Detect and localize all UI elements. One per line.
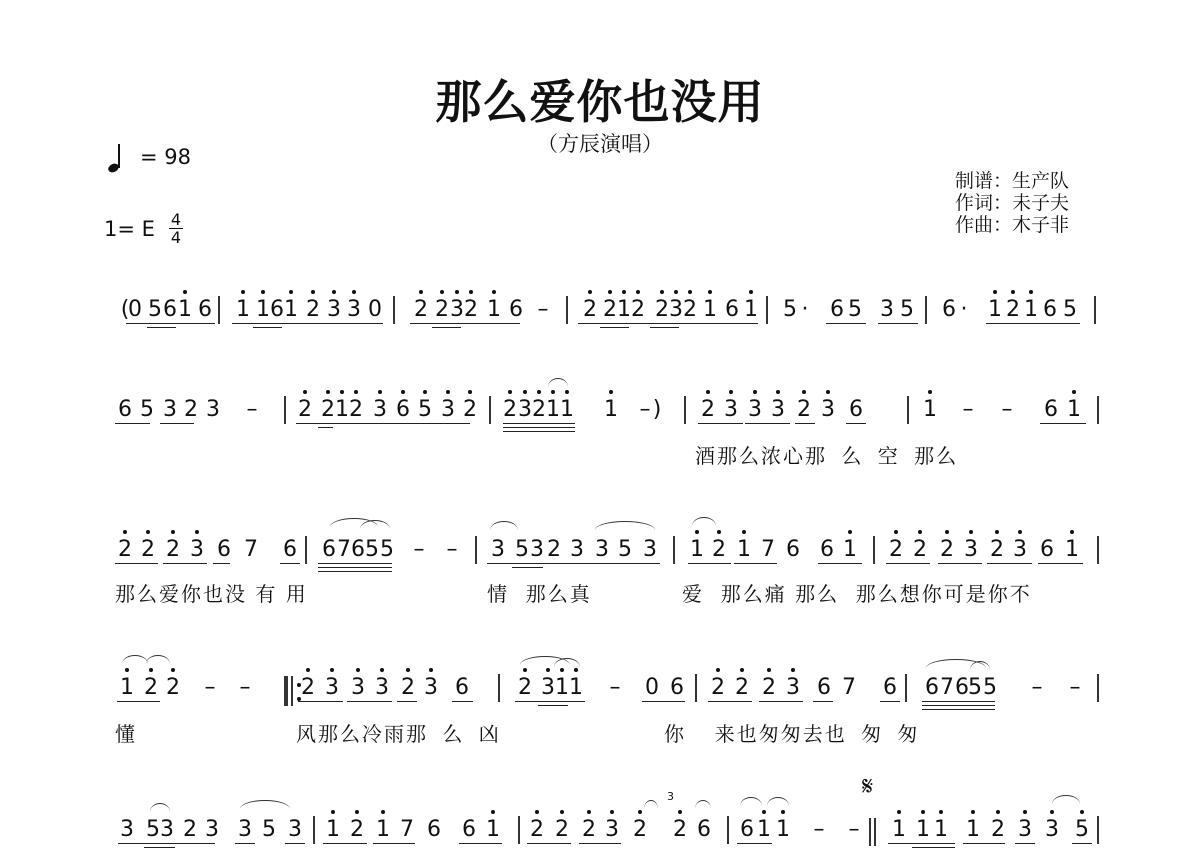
underline-beam bbox=[452, 701, 473, 702]
underline-beam bbox=[503, 423, 575, 424]
note: 2 bbox=[988, 538, 1006, 562]
tempo-marking: = 98 bbox=[108, 142, 191, 172]
underline-beam bbox=[737, 843, 772, 844]
note: 2 bbox=[681, 298, 699, 322]
underline-beam bbox=[578, 323, 758, 324]
barline bbox=[305, 536, 307, 564]
slur-tie bbox=[767, 797, 789, 806]
note: 5 bbox=[378, 538, 396, 562]
underline-beam bbox=[527, 843, 571, 844]
underline-beam bbox=[318, 427, 333, 428]
underline-beam bbox=[232, 323, 383, 324]
note: ) bbox=[648, 398, 666, 422]
note: 1 bbox=[1063, 538, 1081, 562]
note: 2 bbox=[733, 676, 751, 700]
note: 1 bbox=[484, 818, 502, 842]
underline-beam bbox=[318, 563, 392, 564]
underline-beam bbox=[503, 431, 575, 432]
underline-beam bbox=[642, 701, 685, 702]
underline-beam bbox=[579, 843, 621, 844]
underline-beam bbox=[650, 327, 679, 328]
barline bbox=[905, 674, 907, 702]
note: 3 bbox=[1016, 818, 1034, 842]
note: 2 bbox=[461, 398, 479, 422]
quarter-note-icon bbox=[108, 142, 122, 172]
note: 6 bbox=[818, 538, 836, 562]
underline-beam bbox=[318, 567, 392, 568]
note: 1 bbox=[374, 818, 392, 842]
barline bbox=[1097, 674, 1099, 702]
note: 1 bbox=[755, 818, 773, 842]
underline-beam bbox=[734, 563, 777, 564]
tempo-value: = 98 bbox=[140, 145, 191, 169]
repeat-start-thin-bar bbox=[291, 676, 293, 706]
slur-tie bbox=[740, 797, 762, 806]
note: 6 bbox=[394, 398, 412, 422]
barline bbox=[475, 536, 477, 564]
note: 1 bbox=[932, 818, 950, 842]
note: 1 bbox=[986, 298, 1004, 322]
note: 3 bbox=[641, 538, 659, 562]
barline bbox=[313, 816, 315, 844]
note: 7 bbox=[759, 538, 777, 562]
note: 2 bbox=[528, 818, 546, 842]
note: 2 bbox=[699, 398, 717, 422]
time-sig-bottom: 4 bbox=[171, 230, 181, 245]
note: 1 bbox=[234, 298, 252, 322]
lyrics-line-2: 酒那么浓心那 么 空 那么 bbox=[695, 440, 958, 469]
note: 2 bbox=[164, 676, 182, 700]
barline bbox=[1097, 816, 1099, 844]
underline-beam bbox=[296, 423, 470, 424]
note: 3 bbox=[603, 818, 621, 842]
underline-beam bbox=[487, 563, 660, 564]
triplet-mark: 3 bbox=[667, 790, 674, 803]
repeat-dot bbox=[297, 683, 301, 687]
note: 3 bbox=[325, 298, 343, 322]
underline-beam bbox=[432, 327, 461, 328]
underline-beam bbox=[147, 327, 176, 328]
note: 2 bbox=[671, 818, 689, 842]
credits: 制谱：生产队 作词：未子夫 作曲：木子非 bbox=[955, 170, 1069, 236]
note: 2 bbox=[989, 818, 1007, 842]
underline-beam bbox=[1072, 843, 1092, 844]
note: 6 bbox=[507, 298, 525, 322]
note: 2 bbox=[139, 538, 157, 562]
credit-composer: 作曲：木子非 bbox=[955, 214, 1069, 236]
note: 6 bbox=[738, 818, 756, 842]
note: 3 bbox=[1011, 538, 1029, 562]
note: 3 bbox=[161, 398, 179, 422]
note: 2 bbox=[581, 298, 599, 322]
slur-tie bbox=[595, 521, 655, 530]
underline-beam bbox=[698, 423, 743, 424]
underline-beam bbox=[987, 563, 1032, 564]
barline bbox=[673, 536, 675, 564]
note: 5 bbox=[898, 298, 916, 322]
note: 3 bbox=[323, 676, 341, 700]
note: 3 bbox=[203, 818, 221, 842]
note: 6 bbox=[815, 676, 833, 700]
note: – bbox=[243, 398, 261, 422]
underline-beam bbox=[144, 847, 175, 848]
note: 6 bbox=[847, 398, 865, 422]
note: 1 bbox=[701, 298, 719, 322]
note: 3 bbox=[962, 538, 980, 562]
underline-beam bbox=[180, 843, 215, 844]
underline-beam bbox=[117, 701, 160, 702]
note: – bbox=[998, 398, 1016, 422]
underline-beam bbox=[115, 563, 158, 564]
note: 3 bbox=[345, 298, 363, 322]
note: 1 bbox=[841, 538, 859, 562]
note: – bbox=[845, 818, 863, 842]
underline-beam bbox=[846, 423, 866, 424]
note: 1 bbox=[914, 818, 932, 842]
note: 2 bbox=[631, 818, 649, 842]
barline bbox=[925, 296, 927, 324]
note: – bbox=[410, 538, 428, 562]
note: 1 bbox=[688, 538, 706, 562]
note: 6 bbox=[1041, 298, 1059, 322]
underline-beam bbox=[591, 563, 610, 564]
underline-beam bbox=[880, 701, 900, 702]
key-label: 1= E bbox=[104, 217, 155, 241]
note: 5 bbox=[981, 676, 999, 700]
underline-beam bbox=[922, 701, 995, 702]
note: 3 bbox=[878, 298, 896, 322]
note: 2 bbox=[887, 538, 905, 562]
underline-beam bbox=[397, 701, 417, 702]
underline-beam bbox=[922, 705, 995, 706]
note: 1 bbox=[735, 538, 753, 562]
slur-tie bbox=[548, 378, 568, 387]
lyrics-line-3c: 爱 那么痛 那么 那么想你可是你不 bbox=[682, 578, 1032, 607]
note: 2 bbox=[181, 818, 199, 842]
underline-beam bbox=[912, 847, 955, 848]
note: 2 bbox=[182, 398, 200, 422]
note: 2 bbox=[629, 298, 647, 322]
note: 1 bbox=[890, 818, 908, 842]
note: 3 bbox=[236, 818, 254, 842]
note: – bbox=[201, 676, 219, 700]
note: 2 bbox=[1004, 298, 1022, 322]
note: – bbox=[810, 818, 828, 842]
barline bbox=[1097, 536, 1099, 564]
underline-beam bbox=[298, 701, 343, 702]
barline bbox=[766, 296, 768, 324]
note: 2 bbox=[462, 298, 480, 322]
repeat-start-thick-bar bbox=[284, 676, 288, 706]
underline-beam bbox=[160, 423, 194, 424]
note: – bbox=[1066, 676, 1084, 700]
underline-beam bbox=[888, 843, 955, 844]
note: 6 bbox=[215, 538, 233, 562]
barline bbox=[695, 674, 697, 702]
note: 2 bbox=[299, 676, 317, 700]
underline-beam bbox=[373, 843, 415, 844]
lyrics-line-3a: 那么爱你也没 有 用 bbox=[115, 578, 308, 607]
note: 3 bbox=[746, 398, 764, 422]
underline-beam bbox=[347, 701, 392, 702]
barline bbox=[873, 536, 875, 564]
note: 2 bbox=[760, 676, 778, 700]
underline-beam bbox=[1015, 843, 1035, 844]
note: 1 bbox=[118, 676, 136, 700]
slur-tie bbox=[150, 803, 170, 812]
note: – bbox=[534, 298, 552, 322]
note: 1 bbox=[921, 398, 939, 422]
note: 2 bbox=[399, 676, 417, 700]
note: 2 bbox=[795, 398, 813, 422]
note: 3 bbox=[371, 398, 389, 422]
credit-lyricist: 作词：未子夫 bbox=[955, 192, 1069, 214]
note: 2 bbox=[709, 676, 727, 700]
barline bbox=[489, 396, 491, 424]
note: 5 bbox=[416, 398, 434, 422]
underline-beam bbox=[878, 323, 918, 324]
slur-tie bbox=[146, 655, 170, 664]
underline-beam bbox=[253, 327, 282, 328]
note: 2 bbox=[911, 538, 929, 562]
underline-beam bbox=[922, 709, 995, 710]
note: 1 bbox=[558, 398, 576, 422]
note: 6 bbox=[116, 398, 134, 422]
note: 6 bbox=[695, 818, 713, 842]
underline-beam bbox=[410, 323, 520, 324]
slur-tie bbox=[490, 521, 518, 530]
note: 3 bbox=[568, 538, 586, 562]
barline bbox=[907, 396, 909, 424]
underline-beam bbox=[759, 701, 803, 702]
note: 2 bbox=[142, 676, 160, 700]
note: · bbox=[796, 298, 814, 322]
underline-beam bbox=[163, 563, 207, 564]
underline-beam bbox=[323, 843, 367, 844]
underline-beam bbox=[538, 705, 568, 706]
underline-beam bbox=[235, 843, 255, 844]
note: 0 bbox=[126, 298, 144, 322]
slur-tie bbox=[644, 800, 658, 809]
underline-beam bbox=[213, 563, 230, 564]
time-signature: 4 4 bbox=[169, 212, 183, 245]
underline-beam bbox=[886, 563, 930, 564]
slur-tie bbox=[692, 517, 716, 526]
note: – bbox=[236, 676, 254, 700]
double-bar-2 bbox=[874, 818, 876, 846]
underline-beam bbox=[986, 323, 1080, 324]
note: 2 bbox=[545, 538, 563, 562]
note: 6 bbox=[1042, 398, 1060, 422]
note: 1 bbox=[774, 818, 792, 842]
note: 2 bbox=[348, 818, 366, 842]
barline bbox=[393, 296, 395, 324]
note: 5 bbox=[260, 818, 278, 842]
underline-beam bbox=[818, 563, 862, 564]
note: 2 bbox=[304, 298, 322, 322]
note: 1 bbox=[602, 398, 620, 422]
note: – bbox=[443, 538, 461, 562]
note: 3 bbox=[422, 676, 440, 700]
barline bbox=[566, 296, 568, 324]
note: 0 bbox=[366, 298, 384, 322]
underline-beam bbox=[745, 423, 790, 424]
note: 2 bbox=[116, 538, 134, 562]
underline-beam bbox=[640, 563, 660, 564]
barline bbox=[1097, 396, 1099, 424]
slur-tie bbox=[240, 800, 290, 809]
note: 3 bbox=[528, 538, 546, 562]
note: 3 bbox=[819, 398, 837, 422]
time-sig-top: 4 bbox=[171, 212, 181, 227]
barline bbox=[284, 396, 286, 424]
note: 5 bbox=[1073, 818, 1091, 842]
note: 1 bbox=[485, 298, 503, 322]
note: 6 bbox=[668, 676, 686, 700]
slur-tie bbox=[695, 800, 711, 809]
note: – bbox=[606, 676, 624, 700]
note: 3 bbox=[722, 398, 740, 422]
note: 2 bbox=[412, 298, 430, 322]
underline-beam bbox=[963, 843, 1005, 844]
underline-beam bbox=[515, 701, 585, 702]
note: 6 bbox=[460, 818, 478, 842]
note: 7 bbox=[242, 538, 260, 562]
note: 2 bbox=[553, 818, 571, 842]
note: 5 bbox=[616, 538, 634, 562]
underline-beam bbox=[285, 843, 305, 844]
note: 3 bbox=[118, 818, 136, 842]
underline-beam bbox=[813, 701, 833, 702]
note: 1 bbox=[742, 298, 760, 322]
note: 2 bbox=[580, 818, 598, 842]
note: 2 bbox=[938, 538, 956, 562]
segno-icon: 𝄋 bbox=[862, 772, 873, 803]
lyrics-line-3b: 情 那么真 bbox=[487, 578, 592, 607]
note: 2 bbox=[164, 538, 182, 562]
note: 5 bbox=[846, 298, 864, 322]
underline-beam bbox=[280, 563, 300, 564]
note: 6 bbox=[425, 818, 443, 842]
barline bbox=[218, 296, 220, 324]
note: 3 bbox=[489, 538, 507, 562]
repeat-dot bbox=[297, 697, 301, 701]
note: 3 bbox=[158, 818, 176, 842]
note: 6 bbox=[1038, 538, 1056, 562]
note: 3 bbox=[1043, 818, 1061, 842]
note: 3 bbox=[286, 818, 304, 842]
note: – bbox=[959, 398, 977, 422]
note: 5 bbox=[1061, 298, 1079, 322]
underline-beam bbox=[688, 563, 731, 564]
underline-beam bbox=[1038, 563, 1083, 564]
note: 6 bbox=[723, 298, 741, 322]
barline bbox=[518, 816, 520, 844]
note: 3 bbox=[204, 398, 222, 422]
note: 2 bbox=[516, 676, 534, 700]
note: 3 bbox=[769, 398, 787, 422]
note: 1 bbox=[176, 298, 194, 322]
underline-beam bbox=[115, 423, 150, 424]
underline-beam bbox=[503, 427, 575, 428]
note: 2 bbox=[296, 398, 314, 422]
underline-beam bbox=[938, 563, 982, 564]
note: 3 bbox=[784, 676, 802, 700]
note: 7 bbox=[398, 818, 416, 842]
note: 2 bbox=[347, 398, 365, 422]
key-signature: 1= E 4 4 bbox=[104, 212, 183, 245]
slur-tie bbox=[554, 658, 580, 667]
underline-beam bbox=[459, 843, 502, 844]
note: 6 bbox=[281, 538, 299, 562]
note: 1 bbox=[282, 298, 300, 322]
lyrics-line-4c: 你 来也匆匆去也 匆 匆 bbox=[664, 718, 919, 747]
note: 6 bbox=[196, 298, 214, 322]
note: · bbox=[955, 298, 973, 322]
barline bbox=[727, 816, 729, 844]
note: 1 bbox=[324, 818, 342, 842]
note: 6 bbox=[828, 298, 846, 322]
double-bar-1 bbox=[869, 818, 871, 846]
underline-beam bbox=[826, 323, 866, 324]
note: 3 bbox=[373, 676, 391, 700]
note: 3 bbox=[349, 676, 367, 700]
barline bbox=[1094, 296, 1096, 324]
slur-tie bbox=[1052, 795, 1080, 804]
note: 1 bbox=[1022, 298, 1040, 322]
lyrics-line-4b: 风那么冷雨那 么 凶 bbox=[296, 718, 501, 747]
underline-beam bbox=[708, 701, 752, 702]
barline bbox=[498, 674, 500, 702]
note: 6 bbox=[881, 676, 899, 700]
note: 3 bbox=[593, 538, 611, 562]
note: 3 bbox=[188, 538, 206, 562]
note: – bbox=[1028, 676, 1046, 700]
underline-beam bbox=[126, 323, 215, 324]
note: 2 bbox=[710, 538, 728, 562]
slur-tie bbox=[970, 661, 990, 670]
underline-beam bbox=[795, 423, 815, 424]
note: 3 bbox=[439, 398, 457, 422]
song-title: 那么爱你也没用 bbox=[0, 66, 1200, 132]
barline bbox=[684, 396, 686, 424]
underline-beam bbox=[318, 571, 392, 572]
note: 6 bbox=[453, 676, 471, 700]
lyrics-line-4a: 懂 bbox=[115, 718, 137, 747]
note: 5 bbox=[138, 398, 156, 422]
slur-tie bbox=[122, 655, 148, 664]
slur-tie bbox=[360, 520, 390, 529]
credit-notation: 制谱：生产队 bbox=[955, 170, 1069, 192]
note: 6 bbox=[784, 538, 802, 562]
underline-beam bbox=[600, 327, 629, 328]
note: 1 bbox=[567, 676, 585, 700]
underline-beam bbox=[1040, 423, 1086, 424]
underline-beam bbox=[512, 567, 543, 568]
note: 0 bbox=[643, 676, 661, 700]
note: 1 bbox=[1065, 398, 1083, 422]
note: 7 bbox=[840, 676, 858, 700]
note: 1 bbox=[964, 818, 982, 842]
